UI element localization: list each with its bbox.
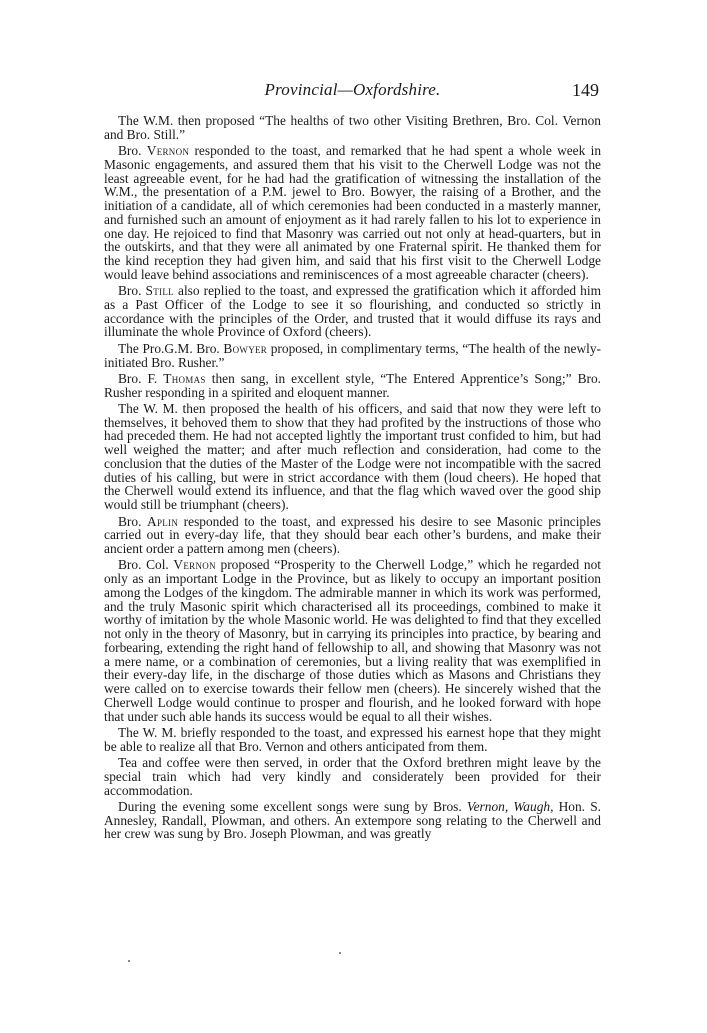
paragraph: The Pro.G.M. Bro. Bowyer proposed, in co… xyxy=(104,342,601,370)
paragraph: Bro. Vernon responded to the toast, and … xyxy=(104,144,601,282)
paragraph: Tea and coffee were then served, in orde… xyxy=(104,756,601,797)
paragraph-text: The Pro.G.M. Bro. xyxy=(118,341,223,356)
paragraph-text: During the evening some excellent songs … xyxy=(118,799,467,814)
print-speck xyxy=(128,960,130,962)
body-text: The W.M. then proposed “The healths of t… xyxy=(104,114,601,841)
name-small-caps: Thomas xyxy=(163,371,206,386)
paragraph-text: Bro. xyxy=(118,143,147,158)
name-small-caps: Bowyer xyxy=(223,341,267,356)
paragraph: Bro. F. Thomas then sang, in excellent s… xyxy=(104,372,601,400)
paragraph-text: Bro. F. xyxy=(118,371,163,386)
paragraph-text: Bro. xyxy=(118,514,147,529)
paragraph-text: The W.M. then proposed “The healths of t… xyxy=(104,113,601,142)
name-small-caps: Vernon xyxy=(147,143,189,158)
running-title: Provincial—Oxfordshire. xyxy=(104,80,601,100)
paragraph: During the evening some excellent songs … xyxy=(104,800,601,841)
paragraph-text: Tea and coffee were then served, in orde… xyxy=(104,755,601,798)
paragraph-text: also replied to the toast, and expressed… xyxy=(104,283,601,339)
name-small-caps: Vernon xyxy=(173,557,215,572)
page-number: 149 xyxy=(572,80,599,101)
print-speck xyxy=(339,952,341,954)
name-small-caps: Aplin xyxy=(147,514,178,529)
paragraph: Bro. Still also replied to the toast, an… xyxy=(104,284,601,339)
paragraph-text: The W. M. then proposed the health of hi… xyxy=(104,401,601,512)
paragraph-text: proposed “Prosperity to the Cherwell Lod… xyxy=(104,557,601,723)
paragraph-text: The W. M. briefly responded to the toast… xyxy=(104,725,601,754)
running-header: Provincial—Oxfordshire. 149 xyxy=(104,80,601,104)
italic-text: Vernon, Waugh, xyxy=(467,799,554,814)
paragraph: The W. M. briefly responded to the toast… xyxy=(104,726,601,754)
paragraph-text: Bro. xyxy=(118,283,146,298)
paragraph: Bro. Col. Vernon proposed “Prosperity to… xyxy=(104,558,601,723)
document-page: Provincial—Oxfordshire. 149 The W.M. the… xyxy=(104,80,601,844)
paragraph-text: Bro. Col. xyxy=(118,557,173,572)
paragraph: The W. M. then proposed the health of hi… xyxy=(104,402,601,512)
name-small-caps: Still xyxy=(146,283,174,298)
paragraph: The W.M. then proposed “The healths of t… xyxy=(104,114,601,142)
paragraph-text: responded to the toast, and expressed hi… xyxy=(104,514,601,557)
paragraph: Bro. Aplin responded to the toast, and e… xyxy=(104,515,601,556)
paragraph-text: responded to the toast, and remarked tha… xyxy=(104,143,601,282)
